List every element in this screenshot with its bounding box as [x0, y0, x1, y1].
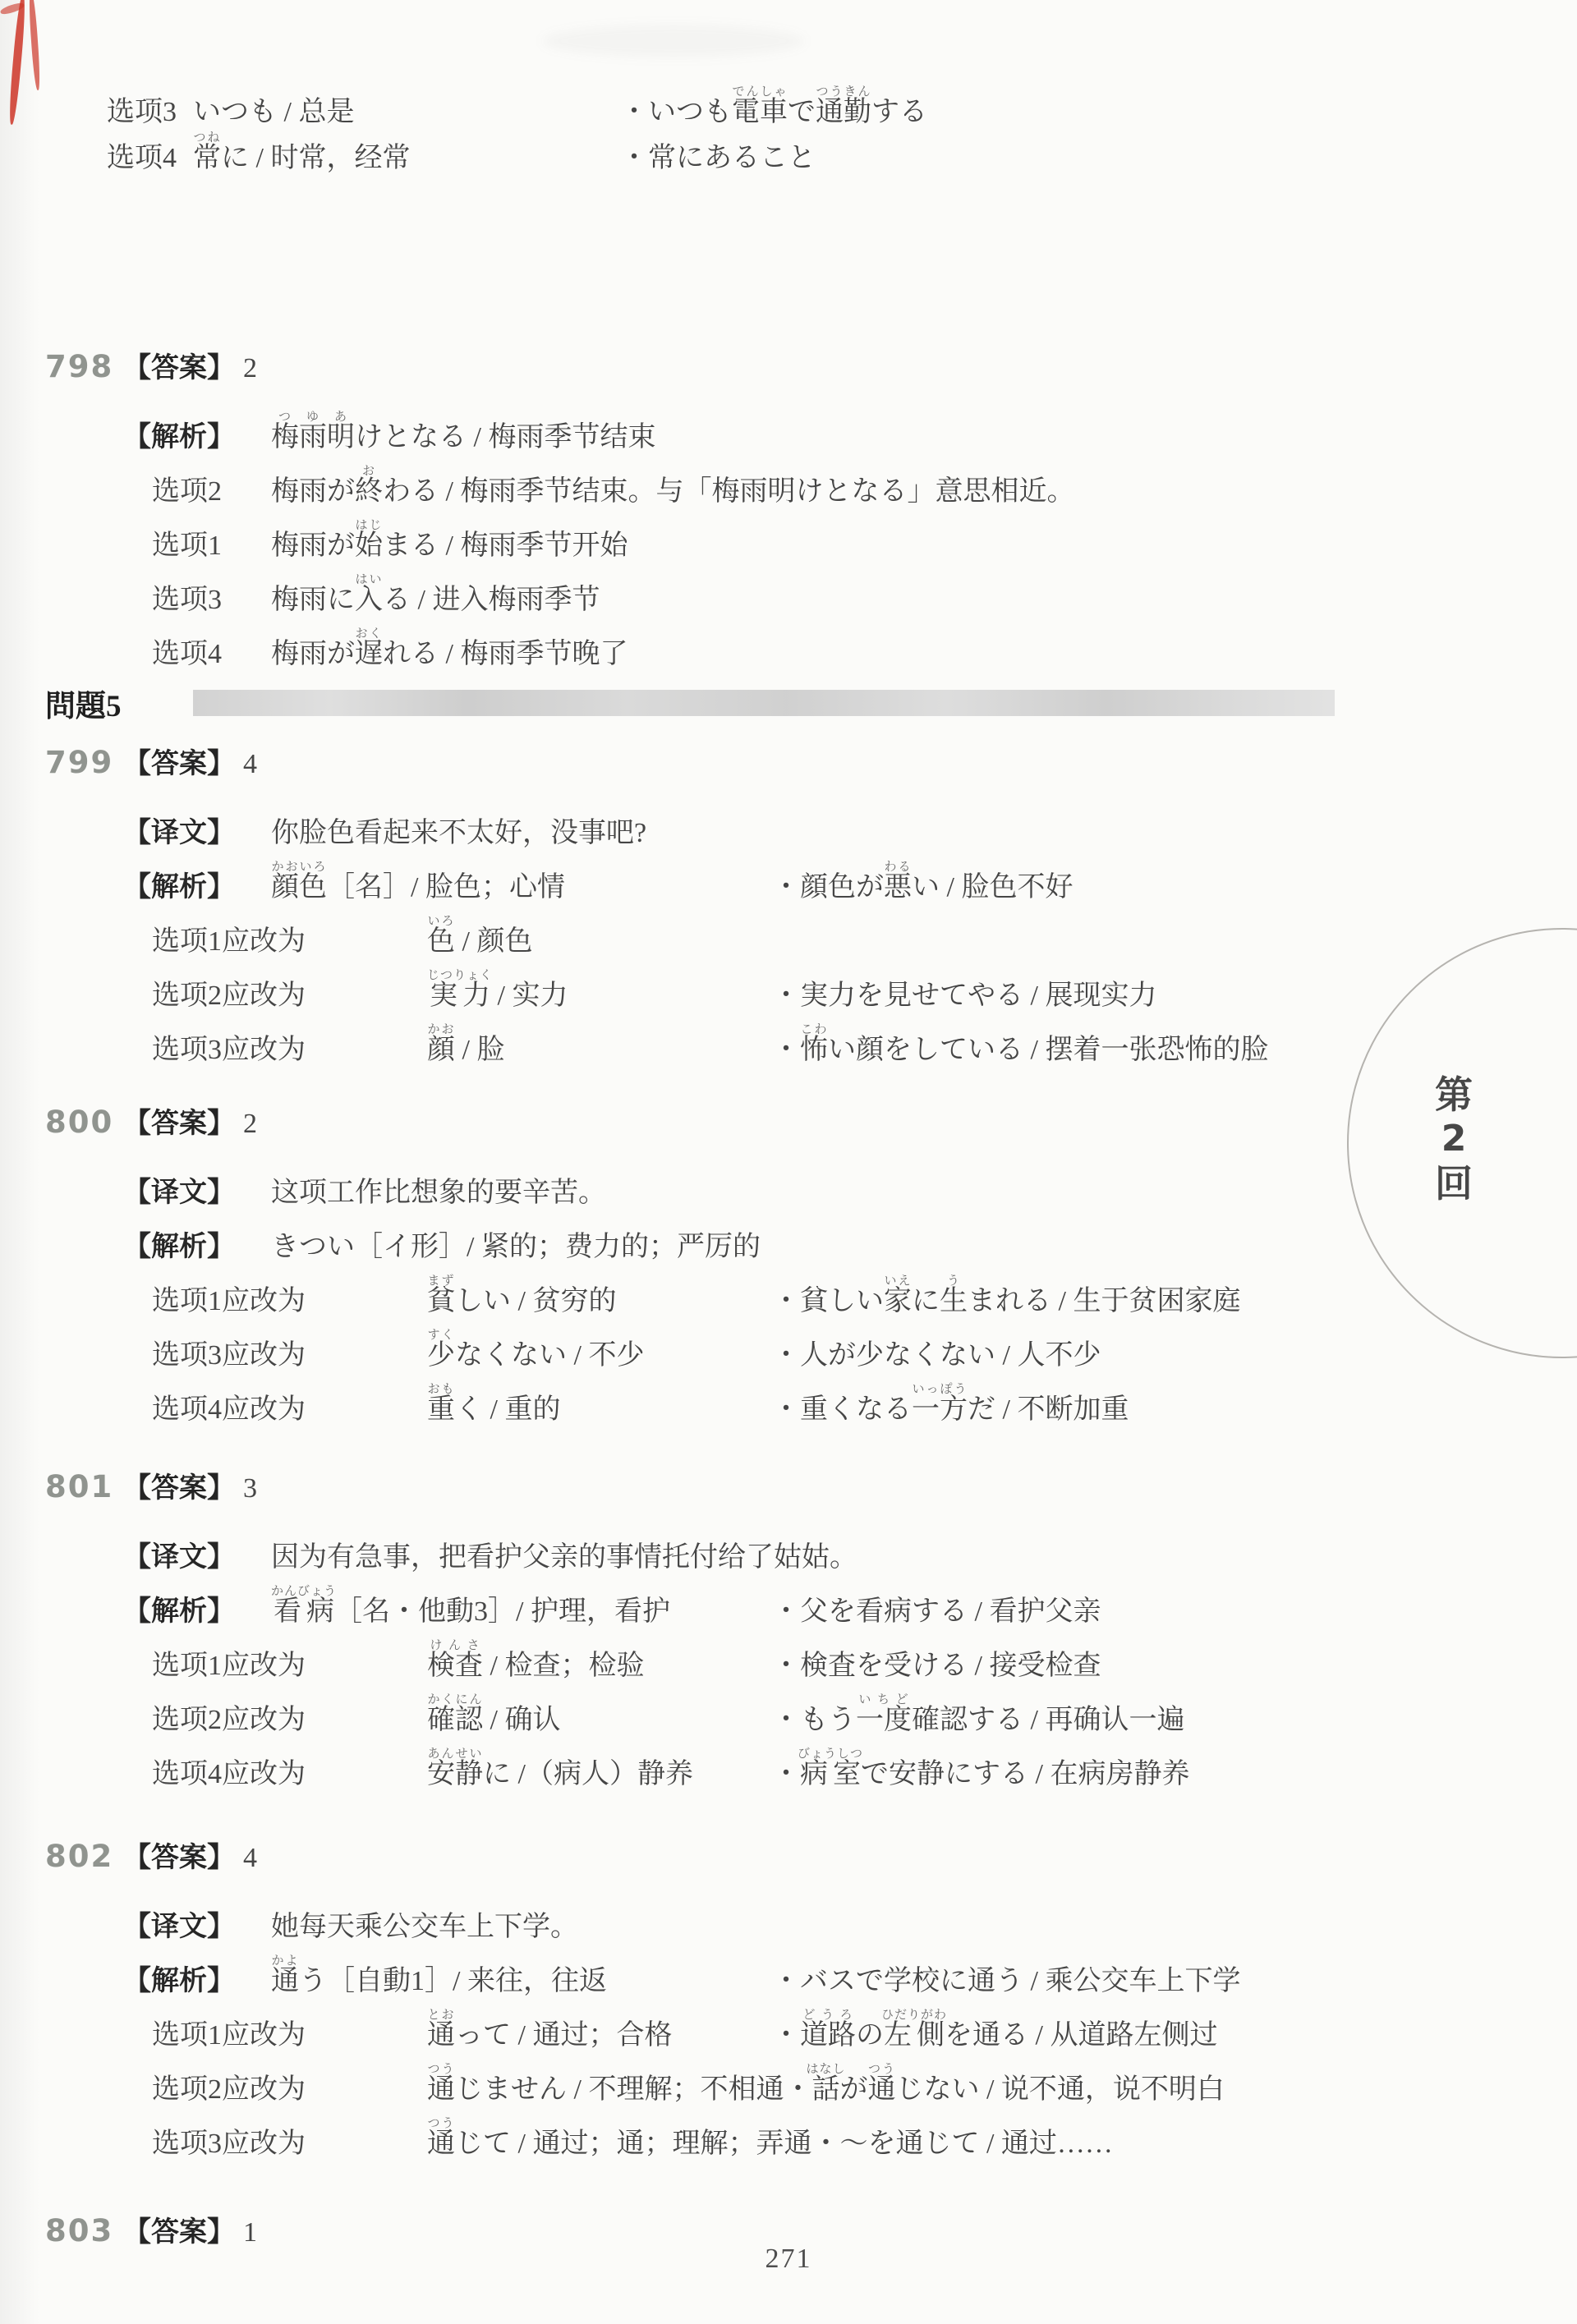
ruby-annotated-text: 少すく: [427, 1340, 455, 1371]
row-label: 选项3: [107, 97, 193, 128]
row-word: 梅雨が始はじまる / 梅雨季节开始: [271, 519, 628, 562]
option-row: 选项1应改为貧まずしい / 贫穷的・貧しい家いえに生うまれる / 生于贫困家庭: [0, 1263, 1577, 1317]
analysis-row: 【译文】因为有急事，把看护父亲的事情托付给了姑姑。: [0, 1519, 1577, 1573]
answer-value: 3: [243, 1473, 257, 1504]
item-number: 802: [45, 1839, 123, 1874]
ruby-annotated-text: 通つう: [427, 2129, 455, 2159]
page-number: 271: [0, 2244, 1577, 2275]
row-word: いつも / 总是: [193, 97, 620, 128]
answer-item-798: 798【答案】2【解析】梅雨明つゆあけとなる / 梅雨季节结束选项2梅雨が終おわ…: [0, 345, 1577, 670]
ruby-annotated-text: 入はい: [355, 585, 383, 615]
ruby-annotated-text: 顔かお: [427, 1035, 455, 1065]
answer-item-799: 799【答案】4【译文】你脸色看起来不太好，没事吧?【解析】顔色かおいろ［名］/…: [0, 741, 1577, 1066]
row-word: 她每天乘公交车上下学。: [271, 1912, 578, 1943]
ruby-annotated-text: 顔色かおいろ: [271, 872, 327, 903]
chapter-tab-char: 第: [1421, 1072, 1487, 1118]
chapter-tab-char: 回: [1421, 1161, 1487, 1206]
analysis-row: 【解析】梅雨明つゆあけとなる / 梅雨季节结束: [0, 399, 1577, 453]
row-word: 这项工作比想象的要辛苦。: [271, 1178, 606, 1209]
row-word: きつい［イ形］/ 紧的；费力的；严厉的: [271, 1232, 761, 1263]
row-label: 【解析】: [123, 872, 271, 903]
row-word: 安静あんせいに /（病人）静养: [427, 1748, 772, 1790]
scanned-book-page: { "page": { "background": "#fbfbf9", "te…: [0, 0, 1577, 2324]
item-number: 801: [45, 1469, 123, 1504]
row-example: ・重くなる一方いっぽうだ / 不断加重: [772, 1383, 1129, 1426]
option-row: 选项2应改为確認かくにん / 确认・もう一度いちど確認する / 再确认一遍: [0, 1682, 1577, 1736]
ruby-annotated-text: 遅おく: [355, 639, 383, 669]
ruby-annotated-text: 色いろ: [427, 926, 455, 957]
answer-value: 4: [243, 1843, 257, 1874]
option-row: 选项3いつも / 总是・いつも電車でんしゃで通勤つうきんする: [0, 82, 1577, 128]
analysis-row: 【译文】这项工作比想象的要辛苦。: [0, 1155, 1577, 1209]
row-label: 选项2: [123, 476, 271, 508]
ruby-annotated-text: 始はじ: [355, 530, 383, 561]
ruby-annotated-text: 話はなし: [811, 2074, 839, 2105]
row-word: 通とおって / 通过；合格: [427, 2009, 772, 2051]
row-label: 【解析】: [123, 422, 271, 453]
ruby-annotated-text: 病室びょうしつ: [800, 1759, 861, 1789]
ruby-annotated-text: 通つう: [427, 2074, 455, 2105]
answer-label: 【答案】: [123, 741, 235, 781]
row-example: ・常にあること: [620, 143, 816, 174]
row-example: ・顔色が悪わるい / 脸色不好: [772, 861, 1073, 903]
analysis-row: 【解析】看病かんびょう［名・他動3］/ 护理，看护・父を看病する / 看护父亲: [0, 1573, 1577, 1628]
answer-line: 802【答案】4: [0, 1835, 1577, 1889]
ruby-annotated-text: 看病かんびょう: [271, 1596, 334, 1627]
option-row: 选项3应改为顔かお / 脸・怖こわい顔をしている / 摆着一张恐怖的脸: [0, 1012, 1577, 1066]
answer-label: 【答案】: [123, 1100, 235, 1141]
ruby-annotated-text: 悪わる: [884, 872, 912, 903]
row-label: 选项1应改为: [123, 1286, 427, 1317]
chapter-tab-char: 2: [1421, 1118, 1487, 1161]
row-example: ・もう一度いちど確認する / 再确认一遍: [772, 1693, 1184, 1736]
row-word: 検査けんさ / 检查；检验: [427, 1639, 772, 1682]
analysis-row: 【译文】她每天乘公交车上下学。: [0, 1889, 1577, 1943]
answer-item-802: 802【答案】4【译文】她每天乘公交车上下学。【解析】通かよう［自動1］/ 来往…: [0, 1835, 1577, 2160]
row-label: 选项1: [123, 530, 271, 562]
answer-item-801: 801【答案】3【译文】因为有急事，把看护父亲的事情托付给了姑姑。【解析】看病か…: [0, 1465, 1577, 1790]
row-label: 【译文】: [123, 1542, 271, 1573]
ruby-annotated-text: 検査けんさ: [427, 1651, 483, 1681]
answer-label: 【答案】: [123, 345, 235, 385]
item-number: 799: [45, 745, 123, 780]
option-row: 选项3应改为少すくなくない / 不少・人が少なくない / 人不少: [0, 1317, 1577, 1371]
row-label: 【解析】: [123, 1232, 271, 1263]
analysis-row: 【解析】通かよう［自動1］/ 来往，往返・バスで学校に通う / 乘公交车上下学: [0, 1943, 1577, 1997]
row-label: 【解析】: [123, 1966, 271, 1997]
ruby-annotated-text: 安静あんせい: [427, 1759, 483, 1789]
ruby-annotated-text: 左側ひだりがわ: [884, 2020, 945, 2051]
item-number: 800: [45, 1105, 123, 1140]
row-word: 顔色かおいろ［名］/ 脸色；心情: [271, 861, 772, 903]
analysis-row: 【译文】你脸色看起来不太好，没事吧?: [0, 795, 1577, 849]
row-example: ・検査を受ける / 接受检查: [772, 1651, 1101, 1682]
ruby-annotated-text: 道路どうろ: [800, 2020, 856, 2051]
row-label: 选项2应改为: [123, 981, 427, 1012]
answer-key-content: 选项3いつも / 总是・いつも電車でんしゃで通勤つうきんする选项4常つねに / …: [0, 0, 1577, 2324]
item-number: 798: [45, 349, 123, 384]
row-word: 看病かんびょう［名・他動3］/ 护理，看护: [271, 1585, 772, 1628]
row-label: 选项1应改为: [123, 1651, 427, 1682]
row-label: 【译文】: [123, 1912, 271, 1943]
ruby-annotated-text: 家いえ: [884, 1286, 912, 1316]
row-label: 选项3应改为: [123, 1035, 427, 1066]
row-example: ・病室びょうしつで安静にする / 在病房静养: [772, 1748, 1189, 1790]
row-example: ・～を通じて / 通过……: [811, 2129, 1112, 2160]
answer-value: 4: [243, 749, 257, 780]
section-header: 問題5: [0, 687, 1577, 719]
ruby-annotated-text: 一度いちど: [856, 1705, 912, 1735]
row-label: 【译文】: [123, 818, 271, 849]
row-word: 通つうじません / 不理解；不相通: [427, 2063, 784, 2106]
ruby-annotated-text: 通つう: [867, 2074, 895, 2105]
row-label: 选项1应改为: [123, 2020, 427, 2051]
ruby-annotated-text: 貧まず: [427, 1286, 455, 1316]
analysis-row: 【解析】顔色かおいろ［名］/ 脸色；心情・顔色が悪わるい / 脸色不好: [0, 849, 1577, 903]
option-row: 选项4常つねに / 时常，经常・常にあること: [0, 128, 1577, 174]
option-row: 选项4应改为重おもく / 重的・重くなる一方いっぽうだ / 不断加重: [0, 1371, 1577, 1426]
option-row: 选项4梅雨が遅おくれる / 梅雨季节晚了: [0, 616, 1577, 670]
section-title: 問題5: [45, 681, 193, 725]
row-word: 実力じつりょく / 实力: [427, 969, 772, 1012]
row-word: 色いろ / 颜色: [427, 915, 772, 958]
row-label: 【译文】: [123, 1178, 271, 1209]
ruby-annotated-text: 一方いっぽう: [912, 1394, 968, 1425]
row-word: 顔かお / 脸: [427, 1023, 772, 1066]
option-row: 选项3应改为通つうじて / 通过；通；理解；弄通・～を通じて / 通过……: [0, 2106, 1577, 2160]
row-word: 通つうじて / 通过；通；理解；弄通: [427, 2117, 811, 2160]
row-label: 选项4应改为: [123, 1759, 427, 1790]
row-word: 少すくなくない / 不少: [427, 1329, 772, 1371]
ruby-annotated-text: 通勤つうきん: [816, 97, 871, 127]
option-row: 选项2应改为実力じつりょく / 实力・実力を見せてやる / 展现实力: [0, 958, 1577, 1012]
row-word: 確認かくにん / 确认: [427, 1693, 772, 1736]
ruby-annotated-text: 生う: [940, 1286, 968, 1316]
ruby-annotated-text: 梅雨明つゆあ: [271, 422, 355, 452]
ruby-annotated-text: 重おも: [427, 1394, 455, 1425]
answer-line: 800【答案】2: [0, 1100, 1577, 1155]
row-word: 重おもく / 重的: [427, 1383, 772, 1426]
ruby-annotated-text: 確認かくにん: [427, 1705, 483, 1735]
row-label: 选项4应改为: [123, 1394, 427, 1426]
row-example: ・バスで学校に通う / 乘公交车上下学: [772, 1966, 1240, 1997]
row-word: 梅雨が終おわる / 梅雨季节结束。与「梅雨明けとなる」意思相近。: [271, 465, 1074, 508]
ruby-annotated-text: 通かよ: [271, 1966, 299, 1996]
option-row: 选项2应改为通つうじません / 不理解；不相通・話はなしが通つうじない / 说不…: [0, 2051, 1577, 2106]
row-label: 选项3: [123, 585, 271, 616]
analysis-row: 【解析】きつい［イ形］/ 紧的；费力的；严厉的: [0, 1209, 1577, 1263]
row-label: 选项2应改为: [123, 1705, 427, 1736]
option-row: 选项3梅雨に入はいる / 进入梅雨季节: [0, 562, 1577, 616]
option-row: 选项4应改为安静あんせいに /（病人）静养・病室びょうしつで安静にする / 在病…: [0, 1736, 1577, 1790]
option-row: 选项1应改为色いろ / 颜色: [0, 903, 1577, 958]
row-label: 选项3应改为: [123, 1340, 427, 1371]
option-row: 选项1应改为通とおって / 通过；合格・道路どうろの左側ひだりがわを通る / 从…: [0, 1997, 1577, 2051]
answer-value: 2: [243, 353, 257, 384]
row-example: ・いつも電車でんしゃで通勤つうきんする: [620, 85, 927, 128]
row-label: 选项1应改为: [123, 926, 427, 958]
section-header-bar: [193, 690, 1335, 716]
answer-label: 【答案】: [123, 1835, 235, 1875]
row-word: 通かよう［自動1］/ 来往，往返: [271, 1954, 772, 1997]
row-example: ・実力を見せてやる / 展现实力: [772, 981, 1156, 1012]
option-row: 选项1梅雨が始はじまる / 梅雨季节开始: [0, 508, 1577, 562]
ruby-annotated-text: 実力じつりょく: [427, 981, 490, 1011]
row-label: 选项4: [107, 143, 193, 174]
row-example: ・話はなしが通つうじない / 说不通，说不明白: [784, 2063, 1224, 2106]
option-row: 选项1应改为検査けんさ / 检查；检验・検査を受ける / 接受检查: [0, 1628, 1577, 1682]
row-label: 【解析】: [123, 1596, 271, 1628]
ruby-annotated-text: 終お: [355, 476, 383, 507]
row-example: ・貧しい家いえに生うまれる / 生于贫困家庭: [772, 1275, 1240, 1317]
answer-line: 799【答案】4: [0, 741, 1577, 795]
row-word: 梅雨が遅おくれる / 梅雨季节晚了: [271, 627, 628, 670]
row-word: 梅雨に入はいる / 进入梅雨季节: [271, 573, 600, 616]
answer-line: 801【答案】3: [0, 1465, 1577, 1519]
row-example: ・道路どうろの左側ひだりがわを通る / 从道路左侧过: [772, 2009, 1217, 2051]
ruby-annotated-text: 常つね: [193, 143, 221, 173]
row-label: 选项3应改为: [123, 2129, 427, 2160]
chapter-tab-label: 第 2 回: [1421, 1072, 1487, 1206]
ruby-annotated-text: 通とお: [427, 2020, 455, 2051]
row-word: 貧まずしい / 贫穷的: [427, 1275, 772, 1317]
ruby-annotated-text: 怖こわ: [800, 1035, 828, 1065]
ruby-annotated-text: 電車でんしゃ: [732, 97, 788, 127]
row-example: ・人が少なくない / 人不少: [772, 1340, 1101, 1371]
answer-label: 【答案】: [123, 1465, 235, 1505]
row-word: 你脸色看起来不太好，没事吧?: [271, 818, 646, 849]
continuation-option-rows: 选项3いつも / 总是・いつも電車でんしゃで通勤つうきんする选项4常つねに / …: [0, 0, 1577, 174]
answer-item-800: 800【答案】2【译文】这项工作比想象的要辛苦。【解析】きつい［イ形］/ 紧的；…: [0, 1100, 1577, 1426]
row-word: 梅雨明つゆあけとなる / 梅雨季节结束: [271, 411, 655, 453]
row-label: 选项4: [123, 639, 271, 670]
row-example: ・怖こわい顔をしている / 摆着一张恐怖的脸: [772, 1023, 1268, 1066]
option-row: 选项2梅雨が終おわる / 梅雨季节结束。与「梅雨明けとなる」意思相近。: [0, 453, 1577, 508]
row-example: ・父を看病する / 看护父亲: [772, 1596, 1101, 1628]
answer-line: 798【答案】2: [0, 345, 1577, 399]
row-word: 常つねに / 时常，经常: [193, 131, 620, 174]
answer-value: 2: [243, 1109, 257, 1140]
row-word: 因为有急事，把看护父亲的事情托付给了姑姑。: [271, 1542, 857, 1573]
row-label: 选项2应改为: [123, 2074, 427, 2106]
